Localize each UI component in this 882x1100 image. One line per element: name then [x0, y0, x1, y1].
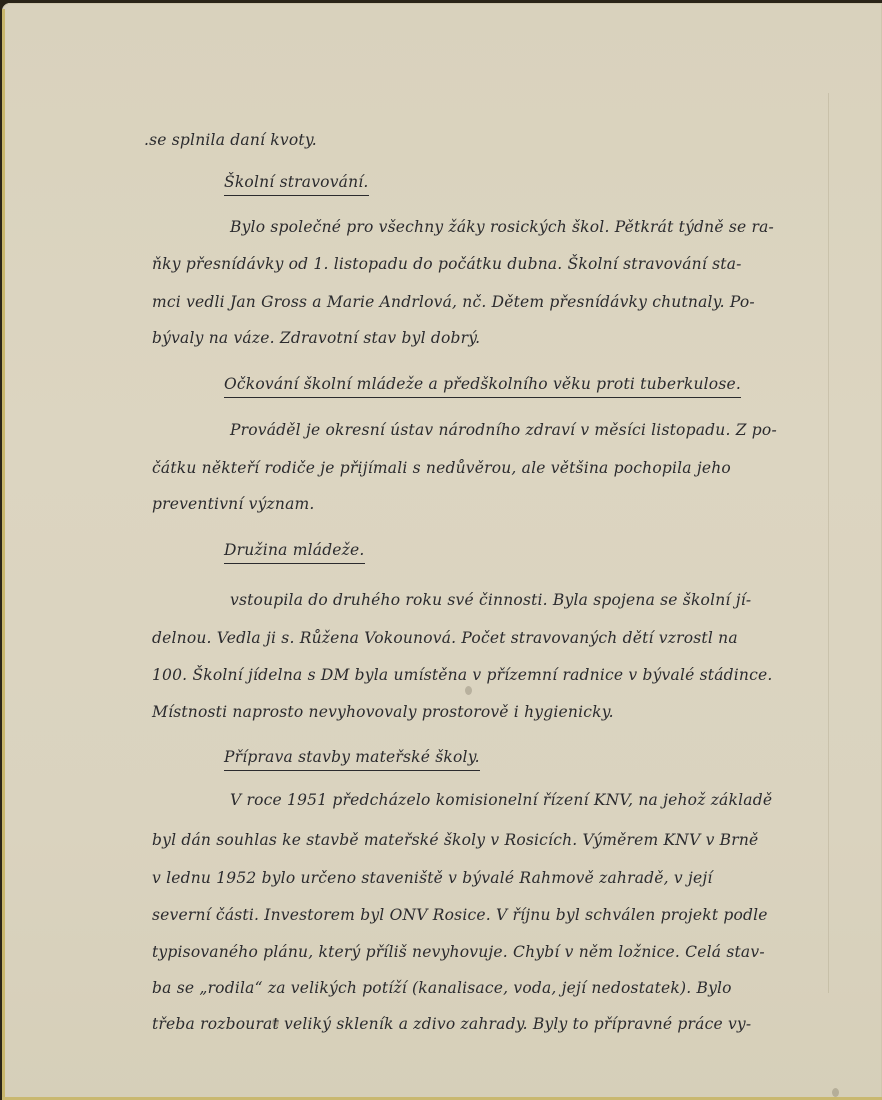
- text-line: typisovaného plánu, který příliš nevyhov…: [152, 943, 765, 961]
- text-line: mci vedli Jan Gross a Marie Andrlová, nč…: [152, 293, 755, 311]
- right-margin-line: [828, 93, 829, 993]
- text-line: Prováděl je okresní ústav národního zdra…: [230, 421, 777, 439]
- section-heading: Příprava stavby mateřské školy.: [224, 748, 480, 771]
- text-line: Bylo společné pro všechny žáky rosických…: [230, 218, 774, 236]
- text-line: vstoupila do druhého roku své činnosti. …: [230, 591, 751, 609]
- text-line: preventivní význam.: [152, 495, 315, 513]
- paper-smudge: [832, 1088, 839, 1097]
- text-line: ba se „rodila“ za velikých potíží (kanal…: [152, 979, 732, 997]
- continuation-line: .se splnila daní kvoty.: [144, 131, 317, 149]
- section-heading: Školní stravování.: [224, 173, 369, 196]
- text-line: bývaly na váze. Zdravotní stav byl dobrý…: [152, 329, 480, 347]
- text-line: severní části. Investorem byl ONV Rosice…: [152, 906, 768, 924]
- text-line: v lednu 1952 bylo určeno staveniště v bý…: [152, 869, 713, 887]
- paper-smudge: [465, 686, 472, 695]
- text-line: ňky přesnídávky od 1. listopadu do počát…: [152, 255, 742, 273]
- section-heading: Očkování školní mládeže a předškolního v…: [224, 375, 741, 398]
- text-line: byl dán souhlas ke stavbě mateřské školy…: [152, 831, 758, 849]
- text-line: V roce 1951 předcházelo komisionelní říz…: [230, 791, 772, 809]
- text-line: Místnosti naprosto nevyhovovaly prostoro…: [152, 703, 614, 721]
- section-heading: Družina mládeže.: [224, 541, 365, 564]
- page-edge: [2, 9, 5, 1100]
- text-line: třeba rozbourat veliký skleník a zdivo z…: [152, 1015, 751, 1033]
- text-line: delnou. Vedla ji s. Růžena Vokounová. Po…: [152, 629, 738, 647]
- document-page: .se splnila daní kvoty. Školní stravován…: [2, 3, 882, 1100]
- text-line: 100. Školní jídelna s DM byla umístěna v…: [152, 666, 772, 684]
- text-line: čátku někteří rodiče je přijímali s nedů…: [152, 459, 731, 477]
